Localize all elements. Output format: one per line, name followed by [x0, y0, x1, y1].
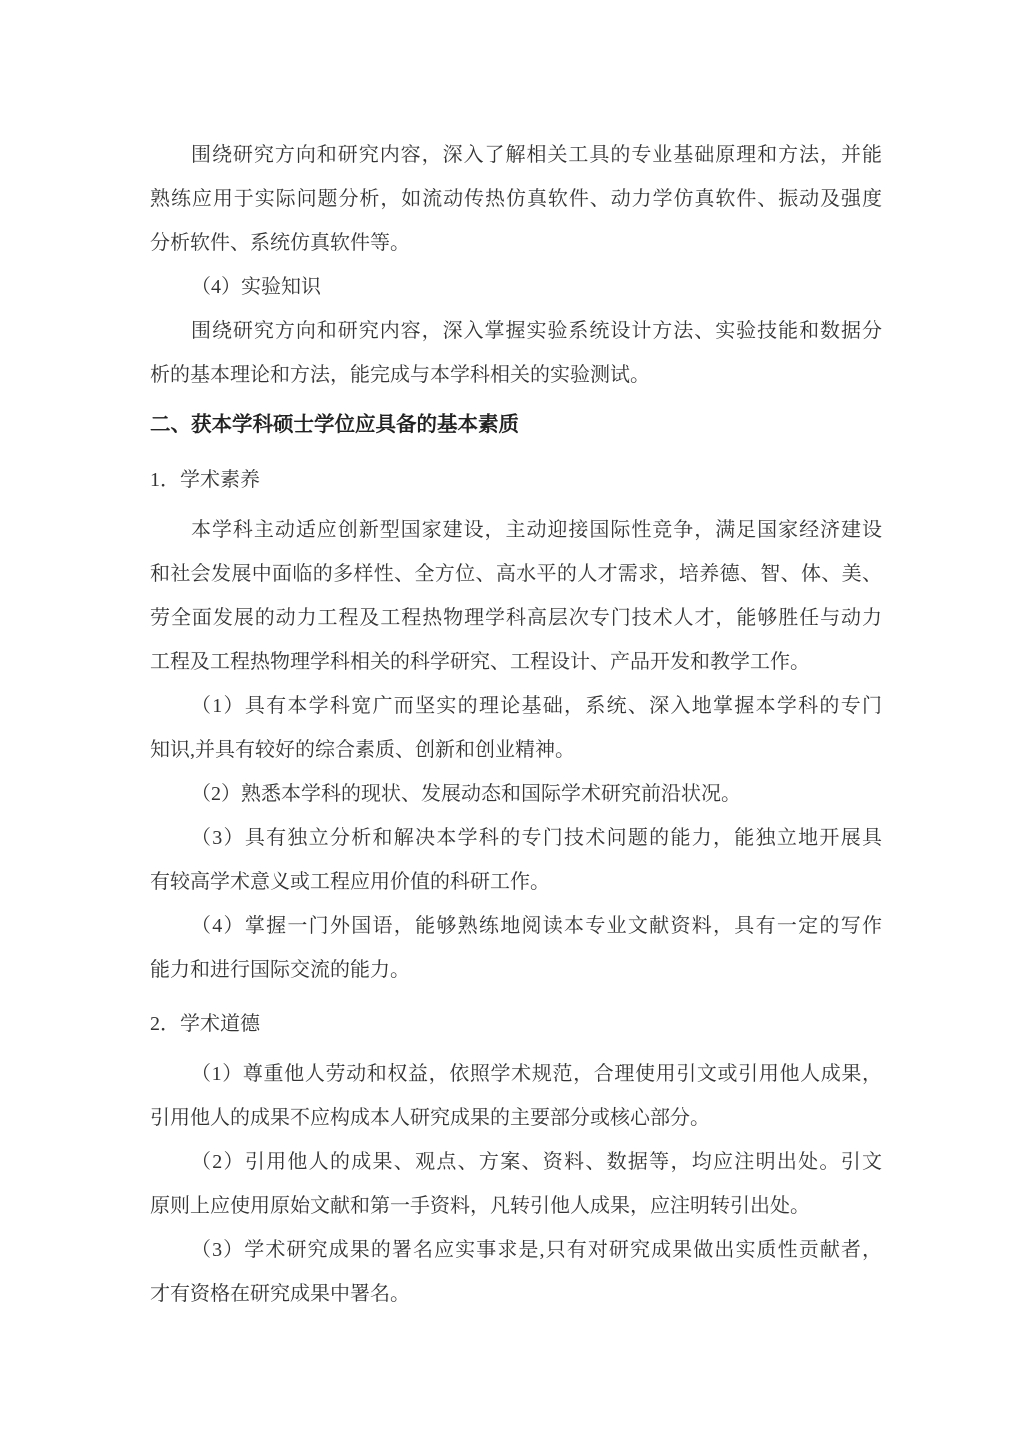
paragraph-literacy-intro: 本学科主动适应创新型国家建设，主动迎接国际性竞争，满足国家经济建设 和社会发展中… [150, 508, 882, 684]
text-line: 和社会发展中面临的多样性、全方位、高水平的人才需求，培养德、智、体、美、 [150, 552, 882, 596]
text-line: （4）掌握一门外国语，能够熟练地阅读本专业文献资料，具有一定的写作 [150, 904, 882, 948]
paragraph-simulation-tools: 围绕研究方向和研究内容，深入了解相关工具的专业基础原理和方法，并能 熟练应用于实… [150, 133, 882, 265]
text-line: 原则上应使用原始文献和第一手资料，凡转引他人成果，应注明转引出处。 [150, 1184, 882, 1228]
section-heading-basic-qualities: 二、获本学科硕士学位应具备的基本素质 [150, 403, 882, 447]
text-line: 围绕研究方向和研究内容，深入了解相关工具的专业基础原理和方法，并能 [150, 133, 882, 177]
subsection-heading-academic-literacy: 1．学术素养 [150, 458, 882, 502]
text-line: （1）尊重他人劳动和权益，依照学术规范，合理使用引文或引用他人成果， [150, 1052, 882, 1096]
list-item-literacy-4: （4）掌握一门外国语，能够熟练地阅读本专业文献资料，具有一定的写作 能力和进行国… [150, 904, 882, 992]
text-line: （1）具有本学科宽广而坚实的理论基础，系统、深入地掌握本学科的专门 [150, 684, 882, 728]
text-line: 才有资格在研究成果中署名。 [150, 1272, 882, 1316]
text-line: 劳全面发展的动力工程及工程热物理学科高层次专门技术人才，能够胜任与动力 [150, 596, 882, 640]
text-line: 本学科主动适应创新型国家建设，主动迎接国际性竞争，满足国家经济建设 [150, 508, 882, 552]
item-heading-experiment-knowledge: （4）实验知识 [150, 265, 882, 309]
document-page: 围绕研究方向和研究内容，深入了解相关工具的专业基础原理和方法，并能 熟练应用于实… [0, 0, 1024, 1448]
text-line: （3）学术研究成果的署名应实事求是,只有对研究成果做出实质性贡献者， [150, 1228, 882, 1272]
paragraph-experiment-knowledge: 围绕研究方向和研究内容，深入掌握实验系统设计方法、实验技能和数据分 析的基本理论… [150, 309, 882, 397]
text-line: 工程及工程热物理学科相关的科学研究、工程设计、产品开发和教学工作。 [150, 640, 882, 684]
text-line: 熟练应用于实际问题分析，如流动传热仿真软件、动力学仿真软件、振动及强度 [150, 177, 882, 221]
list-item-ethics-2: （2）引用他人的成果、观点、方案、资料、数据等，均应注明出处。引文 原则上应使用… [150, 1140, 882, 1228]
text-line: 围绕研究方向和研究内容，深入掌握实验系统设计方法、实验技能和数据分 [150, 309, 882, 353]
text-line: 分析软件、系统仿真软件等。 [150, 221, 882, 265]
text-line: 析的基本理论和方法，能完成与本学科相关的实验测试。 [150, 353, 882, 397]
text-line: 有较高学术意义或工程应用价值的科研工作。 [150, 860, 882, 904]
text-line: 能力和进行国际交流的能力。 [150, 948, 882, 992]
text-line: （2）引用他人的成果、观点、方案、资料、数据等，均应注明出处。引文 [150, 1140, 882, 1184]
text-line: （3）具有独立分析和解决本学科的专门技术问题的能力，能独立地开展具 [150, 816, 882, 860]
list-item-literacy-2: （2）熟悉本学科的现状、发展动态和国际学术研究前沿状况。 [150, 772, 882, 816]
subsection-heading-academic-ethics: 2．学术道德 [150, 1002, 882, 1046]
list-item-literacy-3: （3）具有独立分析和解决本学科的专门技术问题的能力，能独立地开展具 有较高学术意… [150, 816, 882, 904]
text-line: （4）实验知识 [150, 265, 882, 309]
text-line: （2）熟悉本学科的现状、发展动态和国际学术研究前沿状况。 [150, 772, 882, 816]
text-line: 引用他人的成果不应构成本人研究成果的主要部分或核心部分。 [150, 1096, 882, 1140]
list-item-ethics-3: （3）学术研究成果的署名应实事求是,只有对研究成果做出实质性贡献者， 才有资格在… [150, 1228, 882, 1316]
list-item-ethics-1: （1）尊重他人劳动和权益，依照学术规范，合理使用引文或引用他人成果， 引用他人的… [150, 1052, 882, 1140]
list-item-literacy-1: （1）具有本学科宽广而坚实的理论基础，系统、深入地掌握本学科的专门 知识,并具有… [150, 684, 882, 772]
text-line: 知识,并具有较好的综合素质、创新和创业精神。 [150, 728, 882, 772]
